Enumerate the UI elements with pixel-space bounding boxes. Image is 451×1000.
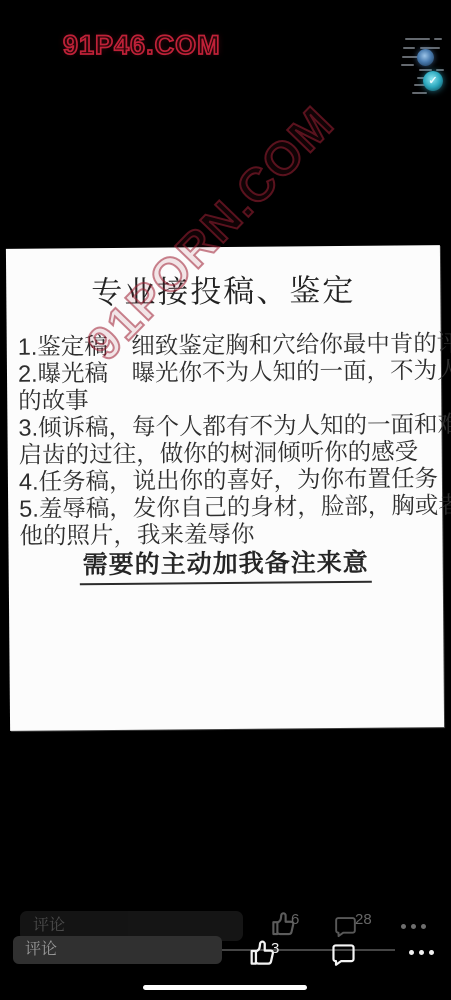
like-count: 3 (271, 940, 279, 957)
thumb-line (401, 64, 414, 66)
thumb-line (434, 38, 442, 40)
comment-input[interactable]: 评论 (13, 936, 222, 964)
thumb-line (405, 38, 430, 40)
screenshot-root: 91P46.COM ✓ 专业接投稿、鉴定 1.鉴定稿 细致鉴定胸和穴给你最中肯的… (0, 0, 451, 1000)
thumb-line (403, 47, 415, 49)
blue-avatar-icon (417, 49, 434, 66)
comment-button[interactable] (328, 940, 359, 969)
verified-check-icon: ✓ (423, 71, 443, 91)
comment-placeholder: 评论 (13, 936, 222, 964)
thumb-line (436, 69, 444, 71)
home-indicator[interactable] (143, 985, 307, 990)
more-options-button[interactable] (409, 950, 434, 955)
thumb-line (412, 92, 427, 94)
action-bar: 评论 3 (0, 0, 451, 1000)
ellipsis-icon (409, 950, 414, 955)
notification-thumbnail: ✓ (398, 33, 450, 97)
site-watermark-text: 91P46.COM (63, 30, 221, 61)
comment-bubble-icon (328, 940, 359, 969)
